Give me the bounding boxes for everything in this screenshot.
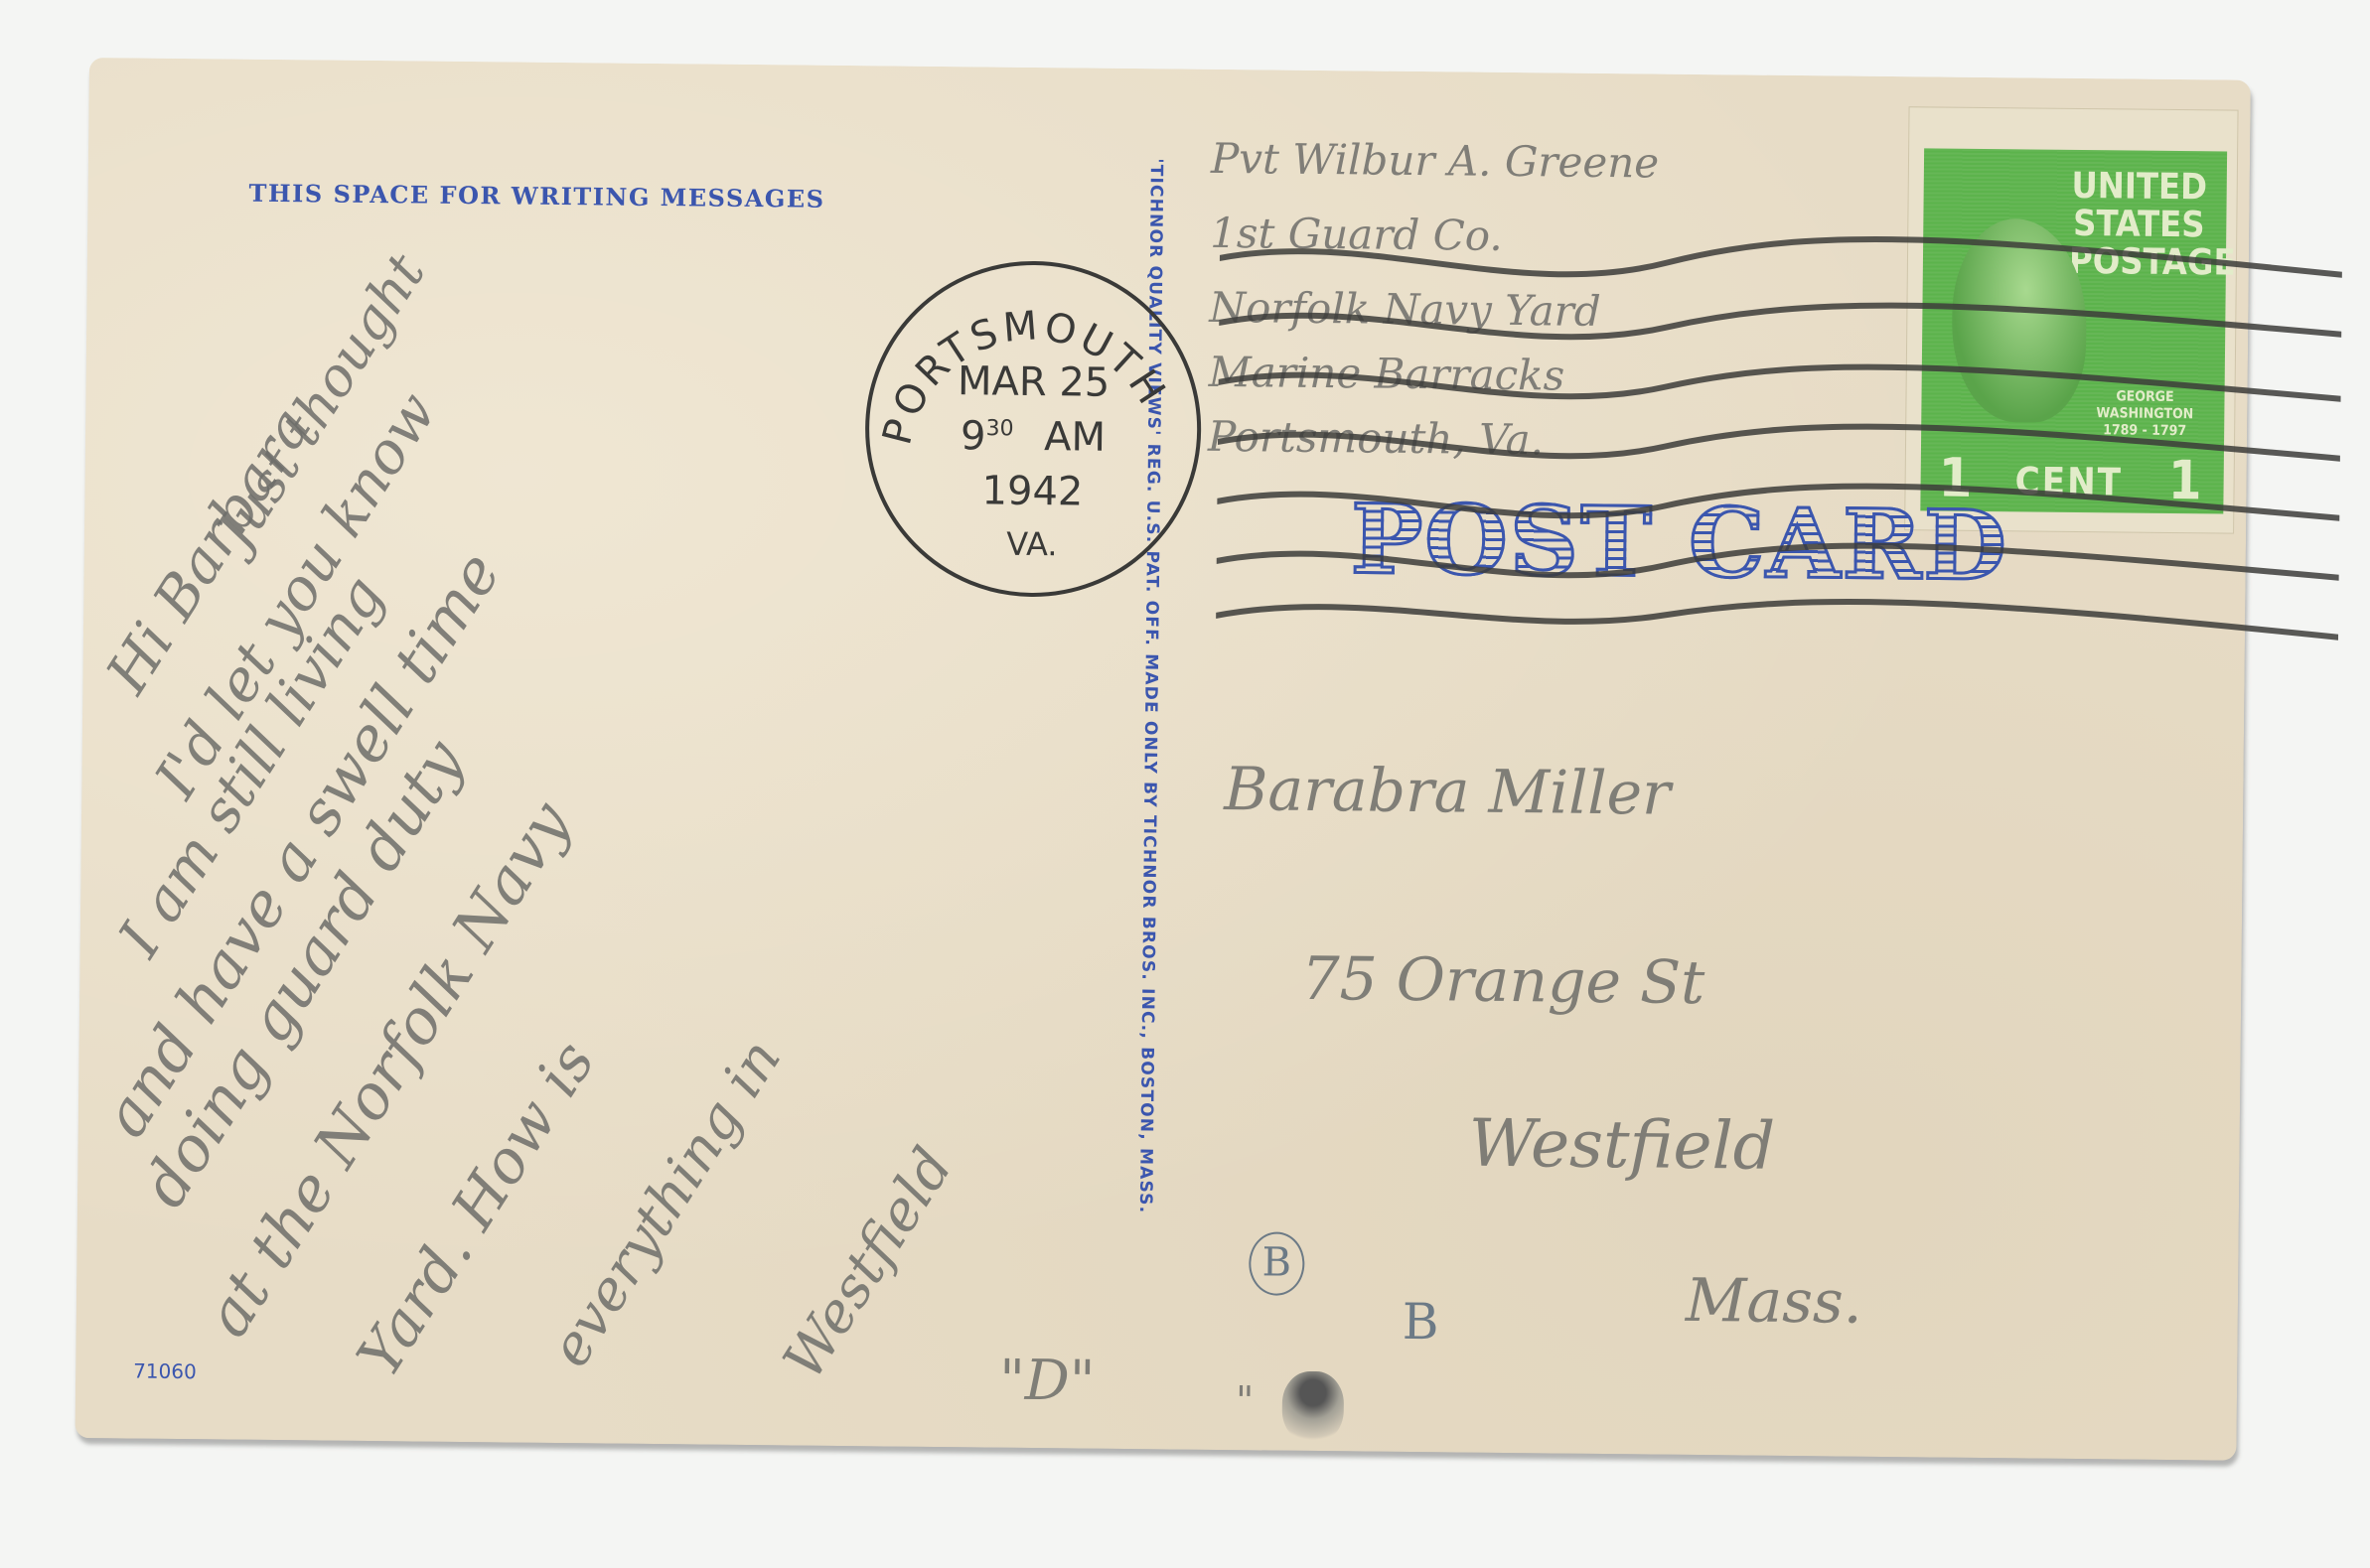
- message-space-header: THIS SPACE FOR WRITING MESSAGES: [248, 179, 824, 214]
- handwritten-message: Hi Barbara Just thought I'd let you know…: [89, 58, 2251, 80]
- recipient-state: Mass.: [1686, 1266, 1863, 1338]
- recipient-city: Westfield: [1468, 1105, 1775, 1185]
- recipient-name: Barabra Miller: [1224, 755, 1671, 829]
- return-address: Pvt Wilbur A. Greene 1st Guard Co. Norfo…: [89, 58, 2251, 80]
- message-signature: "D": [999, 1349, 1096, 1414]
- postmark-state: VA.: [868, 523, 1196, 564]
- card-number: 71060: [133, 1359, 197, 1384]
- cancellation-wave-lines: [1216, 218, 2342, 647]
- circled-initial-mark: B: [1249, 1231, 1305, 1296]
- postmark-time: 930 AM: [869, 412, 1197, 461]
- initial-mark: B: [1402, 1293, 1438, 1351]
- recipient-address: Barabra Miller 75 Orange St Westfield Ma…: [89, 58, 2251, 80]
- quote-mark: ": [1236, 1378, 1255, 1424]
- message-line: Westfield: [771, 1137, 965, 1390]
- recipient-street: 75 Orange St: [1301, 944, 1705, 1018]
- postmark-year: 1942: [868, 467, 1196, 515]
- ink-blot: [1281, 1371, 1344, 1444]
- postmark-date: MAR 25: [869, 357, 1197, 406]
- return-address-line: Pvt Wilbur A. Greene: [1211, 134, 1660, 188]
- postcard-back: THIS SPACE FOR WRITING MESSAGES 'TICHNOR…: [74, 58, 2250, 1461]
- postmark: PORTSMOUTH MAR 25 930 AM 1942 VA.: [863, 259, 1203, 599]
